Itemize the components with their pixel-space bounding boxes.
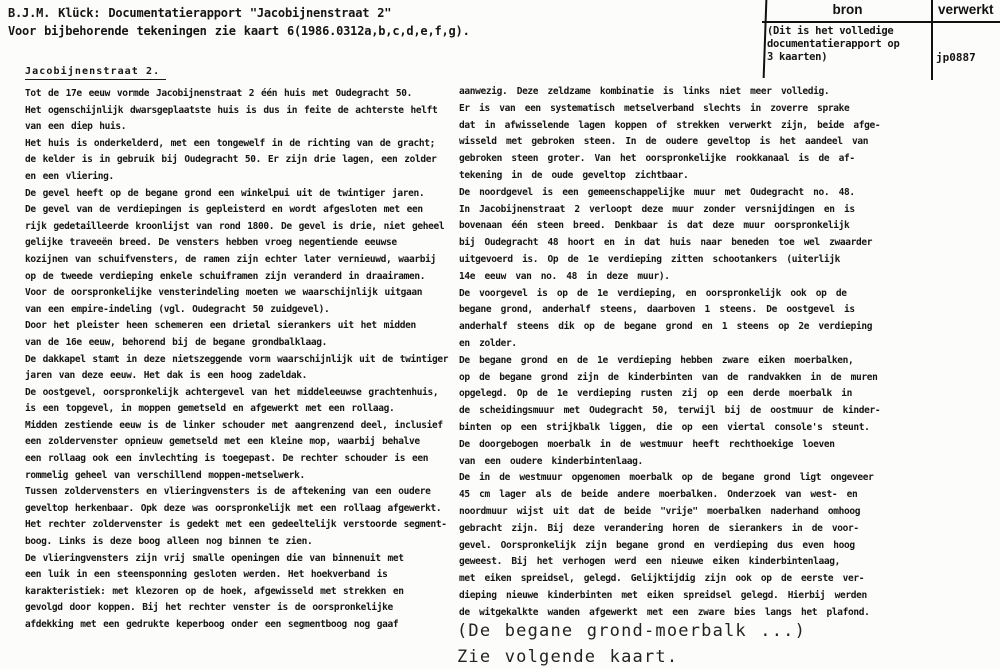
text-line: (Dit is het volledige <box>767 25 899 38</box>
text-line: van een empire-indeling (vgl. Oudegracht… <box>25 302 455 319</box>
text-line: de kelder is in gebruik bij Oudegracht 5… <box>25 152 455 169</box>
text-line: geveltop herkenbaar. Opk deze was oorspr… <box>25 501 455 518</box>
text-line: bij Oudegracht 48 hoort en in dat huis n… <box>459 235 971 252</box>
text-line: 14e eeuw van no. 48 in deze muur). <box>459 269 971 286</box>
text-line: tekening in de oude geveltop zichtbaar. <box>459 168 971 185</box>
text-line: van de 16e eeuw, behorend bij de begane … <box>25 335 455 352</box>
closing-note-line: (De begane grond-moerbalk ...) <box>457 618 806 644</box>
section-heading: Jacobijnenstraat 2. <box>25 66 166 80</box>
right-text-column: aanwezig. Deze zeldzame kombinatie is li… <box>459 84 971 622</box>
text-line: Midden zestiende eeuw is de linker schou… <box>25 418 455 435</box>
text-line: rijk gedetailleerde kroonlijst van rond … <box>25 219 455 236</box>
text-line: wisseld met gebroken steen. In de oudere… <box>459 134 971 151</box>
text-line: van een diep huis. <box>25 119 455 136</box>
text-line: De dakkapel stamt in deze nietszeggende … <box>25 352 455 369</box>
text-line: 45 cm lager als de beide andere moerbalk… <box>459 487 971 504</box>
text-line: jaren van deze eeuw. Het dak is een hoog… <box>25 368 455 385</box>
text-line: De in de westmuur opgenomen moerbalk op … <box>459 470 971 487</box>
text-line: De gevel van de verdiepingen is gepleist… <box>25 202 455 219</box>
verwerkt-cell-code: jp0887 <box>936 51 976 64</box>
text-line: gevolgd door koppen. Bij het rechter ven… <box>25 600 455 617</box>
text-line: kozijnen van schuifvensters, de ramen zi… <box>25 252 455 269</box>
text-line: afdekking met een gedrukte keperboog ond… <box>25 617 455 634</box>
text-line: De vlieringvensters zijn vrij smalle ope… <box>25 551 455 568</box>
text-line: gebroken steen groter. Van het oorspronk… <box>459 151 971 168</box>
text-line: De noordgevel is een gemeenschappelijke … <box>459 185 971 202</box>
report-title-line: B.J.M. Klück: Documentatierapport "Jacob… <box>8 5 470 23</box>
text-line: van een oudere kinderbintenlaag. <box>459 454 971 471</box>
text-line: dieping nieuwe kinderbinten met eiken sp… <box>459 588 971 605</box>
report-subtitle-line: Voor bijbehorende tekeningen zie kaart 6… <box>8 23 470 41</box>
text-line: Door het pleister heen schemeren een dri… <box>25 318 455 335</box>
closing-note-line: Zie volgende kaart. <box>457 644 806 669</box>
text-line: binten op een strijkbalk liggen, die op … <box>459 420 971 437</box>
text-line: De oostgevel, oorspronkelijk achtergevel… <box>25 385 455 402</box>
text-line: Het huis is onderkelderd, met een tongew… <box>25 136 455 153</box>
text-line: De doorgebogen moerbalk in de westmuur h… <box>459 437 971 454</box>
text-line: Tussen zoldervensters en vlieringvenster… <box>25 484 455 501</box>
text-line: Voor de oorspronkelijke vensterindeling … <box>25 285 455 302</box>
text-line: rommelig geheel van verschillend moppen-… <box>25 468 455 485</box>
text-line: aanwezig. Deze zeldzame kombinatie is li… <box>459 84 971 101</box>
closing-note: (De begane grond-moerbalk ...) Zie volge… <box>457 618 806 669</box>
document-header: B.J.M. Klück: Documentatierapport "Jacob… <box>8 5 470 40</box>
text-line: noordmuur wijst uit dat de beide "vrije"… <box>459 504 971 521</box>
text-line: met eiken spreidsel, gelegd. Gelijktijdi… <box>459 571 971 588</box>
text-line: een luik in een steensponning gesloten w… <box>25 567 455 584</box>
text-line: De gevel heeft op de begane grond een wi… <box>25 186 455 203</box>
text-line: De begane grond en de 1e verdieping hebb… <box>459 353 971 370</box>
text-line: documentatierapport op <box>767 38 899 51</box>
text-line: Het rechter zoldervenster is gedekt met … <box>25 517 455 534</box>
text-line: en een vliering. <box>25 169 455 186</box>
text-line: gebracht zijn. Bij deze verandering hore… <box>459 521 971 538</box>
text-line: begane grond, anderhalf steens, daarbove… <box>459 302 971 319</box>
table-header-verwerkt: verwerkt <box>938 2 994 17</box>
text-line: 3 kaarten) <box>767 51 899 64</box>
text-line: gevel. Oorspronkelijk zijn begane grond … <box>459 538 971 555</box>
text-line: uitgevoerd is. Op de 1e verdieping zitte… <box>459 252 971 269</box>
text-line: dat in afwisselende lagen koppen of stre… <box>459 118 971 135</box>
table-header-rule <box>762 21 1000 23</box>
text-line: karakteristiek: met klezoren op de hoek,… <box>25 584 455 601</box>
text-line: geweest. Bij het verhogen werd een nieuw… <box>459 554 971 571</box>
document-page: B.J.M. Klück: Documentatierapport "Jacob… <box>0 0 1000 669</box>
table-column-divider <box>931 0 933 80</box>
text-line: In Jacobijnenstraat 2 verloopt deze muur… <box>459 202 971 219</box>
text-line: is een topgevel, in moppen gemetseld en … <box>25 401 455 418</box>
text-line: de scheidingsmuur met Oudegracht 50, ter… <box>459 403 971 420</box>
table-header-bron: bron <box>764 2 931 17</box>
text-line: en zolder. <box>459 336 971 353</box>
text-line: boog. Links is deze boog alleen nog binn… <box>25 534 455 551</box>
text-line: anderhalf steens dik op de begane grond … <box>459 319 971 336</box>
text-line: een rollaag ook een invlechting is toege… <box>25 451 455 468</box>
text-line: Het ogenschijnlijk dwarsgeplaatste huis … <box>25 103 455 120</box>
text-line: Tot de 17e eeuw vormde Jacobijnenstraat … <box>25 86 455 103</box>
text-line: op de tweede verdieping enkele schuifram… <box>25 269 455 286</box>
text-line: bovenaan één steen breed. Denkbaar is da… <box>459 218 971 235</box>
text-line: een zoldervenster opnieuw gemetseld met … <box>25 434 455 451</box>
text-line: De voorgevel is op de 1e verdieping, en … <box>459 286 971 303</box>
text-line: op de begane grond zijn de kinderbinten … <box>459 370 971 387</box>
text-line: Er is van een systematisch metselverband… <box>459 101 971 118</box>
text-line: opgelegd. Op de 1e verdieping rusten zij… <box>459 386 971 403</box>
bron-cell-note: (Dit is het volledigedocumentatierapport… <box>767 25 899 63</box>
left-text-column: Tot de 17e eeuw vormde Jacobijnenstraat … <box>25 86 455 634</box>
text-line: gelijke traveeën breed. De vensters hebb… <box>25 235 455 252</box>
